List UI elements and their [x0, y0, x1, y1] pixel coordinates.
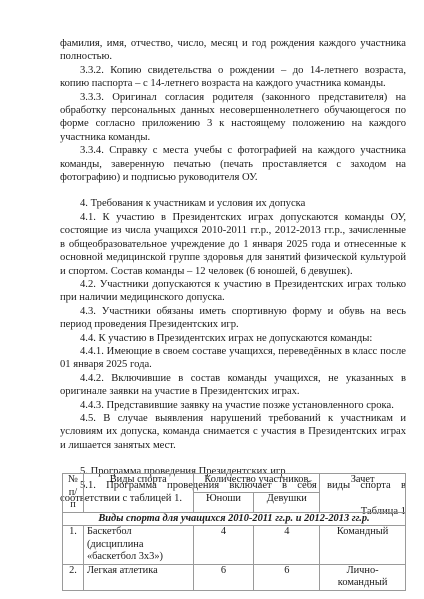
- row-boys: 6: [193, 564, 254, 590]
- table-row: 2. Легкая атлетика 6 6 Лично-командный: [63, 564, 406, 590]
- header-sport: Виды спорта: [83, 474, 193, 513]
- row-sport: Легкая атлетика: [83, 564, 193, 590]
- row-num: 1.: [63, 526, 84, 565]
- paragraph-4-4-3: 4.4.3. Представившие заявку на участие п…: [60, 399, 406, 412]
- row-sport: Баскетбол (дисциплина «баскетбол 3х3»): [83, 526, 193, 565]
- row-num: 2.: [63, 564, 84, 590]
- group-label: Виды спорта для учащихся 2010-2011 гг.р.…: [63, 512, 406, 526]
- paragraph-4-2: 4.2. Участники допускаются к участию в П…: [60, 278, 406, 305]
- paragraph-4-4: 4.4. К участию в Президентских играх не …: [60, 332, 406, 345]
- paragraph-4-4-1: 4.4.1. Имеющие в своем составе учащихся,…: [60, 345, 406, 372]
- paragraph-3-3-4: 3.3.4. Справку с места учебы с фотографи…: [60, 144, 406, 184]
- paragraph-3-3-1-cont: фамилия, имя, отчество, число, месяц и г…: [60, 37, 406, 64]
- row-girls: 4: [254, 526, 320, 565]
- sports-table: № п/п Виды спорта Количество участников …: [62, 473, 406, 591]
- table-group-row: Виды спорта для учащихся 2010-2011 гг.р.…: [63, 512, 406, 526]
- table-row: 1. Баскетбол (дисциплина «баскетбол 3х3»…: [63, 526, 406, 565]
- row-girls: 6: [254, 564, 320, 590]
- paragraph-3-3-2: 3.3.2. Копию свидетельства о рождении – …: [60, 64, 406, 91]
- header-count: Количество участников: [193, 474, 320, 493]
- paragraph-4-5: 4.5. В случае выявления нарушений требов…: [60, 412, 406, 452]
- header-num: № п/п: [63, 474, 84, 513]
- header-boys: Юноши: [193, 493, 254, 512]
- spacer: [60, 184, 406, 197]
- paragraph-4-1: 4.1. К участию в Президентских играх доп…: [60, 211, 406, 278]
- header-girls: Девушки: [254, 493, 320, 512]
- paragraph-4-4-2: 4.4.2. Включившие в состав команды учащи…: [60, 372, 406, 399]
- paragraph-4-3: 4.3. Участники обязаны иметь спортивную …: [60, 305, 406, 332]
- header-scoring: Зачет: [320, 474, 406, 513]
- row-scoring: Командный: [320, 526, 406, 565]
- document-page: фамилия, имя, отчество, число, месяц и г…: [60, 37, 406, 519]
- row-scoring: Лично-командный: [320, 564, 406, 590]
- spacer: [60, 452, 406, 465]
- table-header-row: № п/п Виды спорта Количество участников …: [63, 474, 406, 493]
- paragraph-3-3-3: 3.3.3. Оригинал согласия родителя (закон…: [60, 91, 406, 145]
- section-4-heading: 4. Требования к участникам и условия их …: [60, 197, 406, 210]
- row-boys: 4: [193, 526, 254, 565]
